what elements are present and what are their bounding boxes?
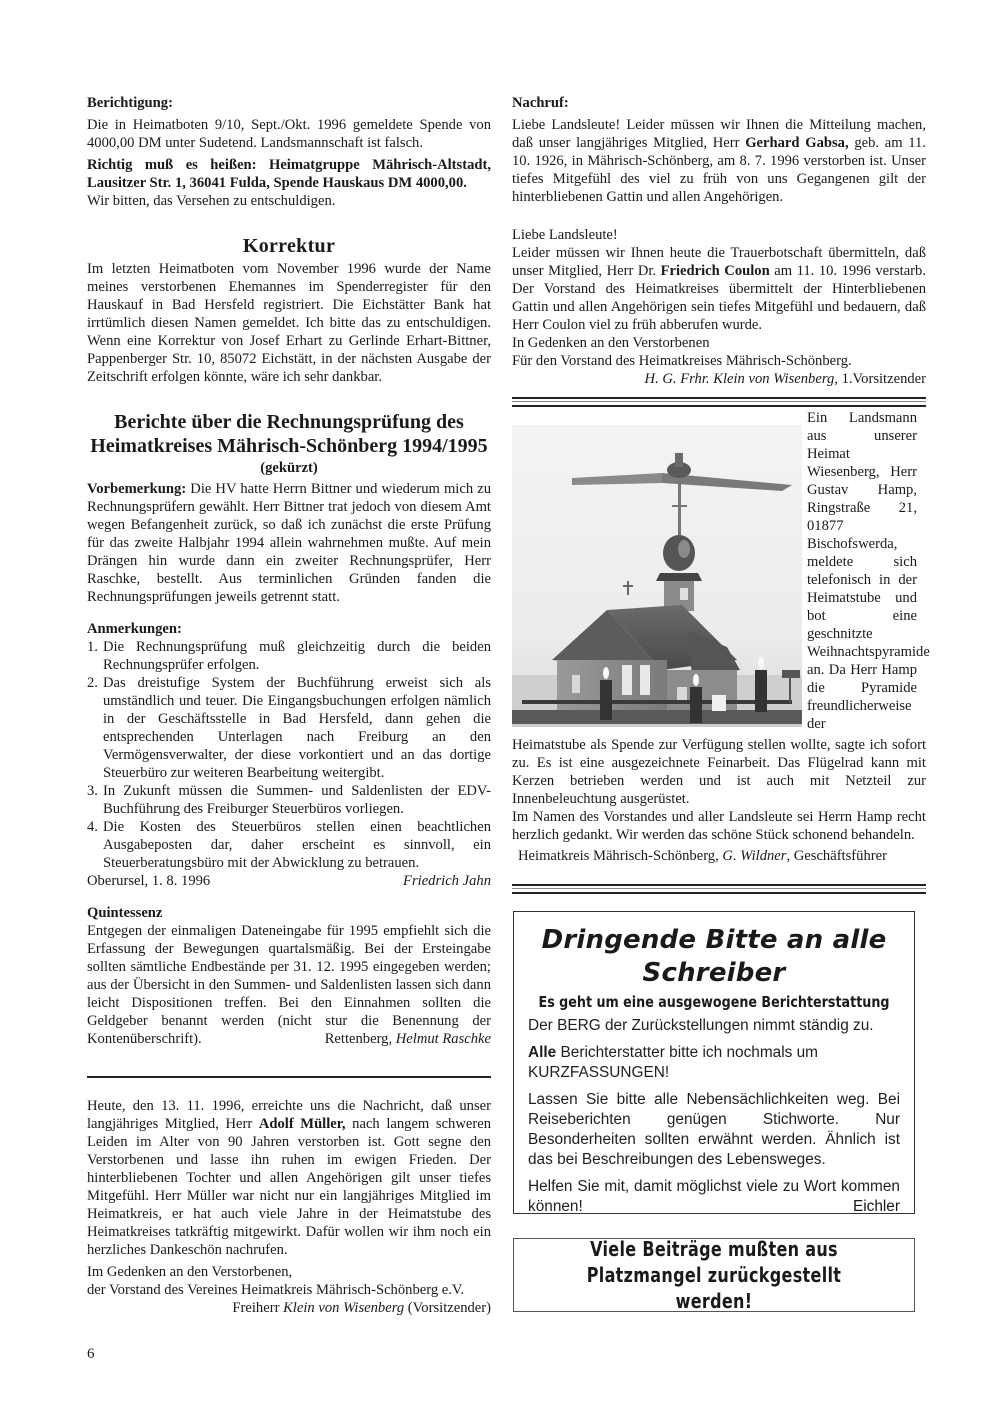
double-rule-divider [512, 884, 926, 894]
notice-box: Viele Beiträge mußten aus Platzmangel zu… [513, 1238, 915, 1312]
coulon-sig-suffix: , 1.Vorsitzender [834, 371, 926, 387]
pyramid-wrap-text: Ein Landsmann aus unserer Heimat Wiesenb… [807, 409, 917, 733]
anmerkung-number: 4. [87, 818, 103, 872]
vorbemerkung-label: Vorbemerkung: [87, 481, 186, 497]
appeal-p2-text: Berichterstatter bitte ich nochmals um K… [528, 1044, 818, 1081]
jahn-signature-row: Oberursel, 1. 8. 1996 Friedrich Jahn [87, 872, 491, 890]
anmerkung-text: In Zukunft müssen die Summen- und Salden… [103, 782, 491, 818]
mueller-closing1: Im Gedenken an den Verstorbenen, [87, 1263, 491, 1281]
anmerkung-text: Die Kosten des Steuerbüros stellen einen… [103, 818, 491, 872]
anmerkungen-label: Anmerkungen: [87, 620, 491, 638]
mueller-obituary: Heute, den 13. 11. 1996, erreichte uns d… [87, 1097, 491, 1317]
appeal-signature: Eichler [528, 1197, 900, 1217]
korrektur-section: Korrektur Im letzten Heimatboten vom Nov… [87, 234, 491, 386]
pyramid-photo [512, 425, 802, 727]
appeal-p3: Lassen Sie bitte alle Nebensächlichkeite… [528, 1090, 900, 1170]
anmerkung-item: 3.In Zukunft müssen die Summen- und Sald… [87, 782, 491, 818]
korrektur-text: Im letzten Heimatboten vom November 1996… [87, 260, 491, 386]
berichtigung-section: Berichtigung: Die in Heimatboten 9/10, S… [87, 94, 491, 210]
rechnungspruefung-title-line2: Heimatkreises Mährisch-Schönberg 1994/19… [87, 434, 491, 458]
berichtigung-text: Die in Heimatboten 9/10, Sept./Okt. 1996… [87, 116, 491, 152]
author-name: Friedrich Jahn [403, 872, 491, 890]
appeal-p2-bold: Alle [528, 1044, 556, 1061]
pyramid-thanks: Im Namen des Vorstandes und aller Landsl… [512, 808, 926, 844]
section-divider [87, 1076, 491, 1078]
coulon-text: Leider müssen wir Ihnen heute die Trauer… [512, 244, 926, 334]
appeal-p2: Alle Berichterstatter bitte ich nochmals… [528, 1043, 900, 1083]
berichtigung-label: Berichtigung: [87, 94, 491, 112]
coulon-sig-name: H. G. Frhr. Klein von Wisenberg [645, 371, 835, 387]
nachruf-name: Gerhard Gabsa, [745, 135, 848, 151]
raschke-place: Rettenberg, [325, 1031, 396, 1047]
pyramid-intro: Ein Landsmann aus unserer Heimat Wiesenb… [807, 409, 917, 733]
anmerkung-text: Das dreistufige System der Buchführung e… [103, 674, 491, 782]
appeal-title: Dringende Bitte an alle Schreiber [528, 924, 900, 990]
berichtigung-apology: Wir bitten, das Versehen zu entschuldige… [87, 192, 491, 210]
quintessenz-label: Quintessenz [87, 904, 491, 922]
anmerkung-item: 4.Die Kosten des Steuerbüros stellen ein… [87, 818, 491, 872]
mueller-closing2: der Vorstand des Vereines Heimatkreis Mä… [87, 1281, 491, 1299]
rechnungspruefung-subtitle: (gekürzt) [87, 458, 491, 478]
pyramid-sig-prefix: Heimatkreis Mährisch-Schönberg, [518, 848, 722, 864]
vorbemerkung-paragraph: Vorbemerkung: Die HV hatte Herrn Bittner… [87, 480, 491, 606]
coulon-obituary: Liebe Landsleute! Leider müssen wir Ihne… [512, 226, 926, 388]
anmerkung-text: Die Rechnungsprüfung muß gleichzeitig du… [103, 638, 491, 674]
mueller-text-b: nach langem schweren Leiden im Alter von… [87, 1116, 491, 1258]
mueller-name: Adolf Müller, [259, 1116, 346, 1132]
mueller-signature: Freiherr Klein von Wisenberg (Vorsitzend… [87, 1299, 491, 1317]
anmerkung-item: 1.Die Rechnungsprüfung muß gleichzeitig … [87, 638, 491, 674]
mueller-text: Heute, den 13. 11. 1996, erreichte uns d… [87, 1097, 491, 1259]
nachruf-section: Nachruf: Liebe Landsleute! Leider müssen… [512, 94, 926, 206]
anmerkungen-list: 1.Die Rechnungsprüfung muß gleichzeitig … [87, 638, 491, 872]
anmerkung-item: 2.Das dreistufige System der Buchführung… [87, 674, 491, 782]
church-pyramid-image [512, 425, 802, 727]
notice-text: Viele Beiträge mußten aus Platzmangel zu… [554, 1236, 874, 1314]
mueller-sig-suffix: (Vorsitzender) [404, 1300, 491, 1316]
double-rule-divider [512, 397, 926, 407]
appeal-box: Dringende Bitte an alle Schreiber Es geh… [513, 911, 915, 1214]
anmerkung-number: 2. [87, 674, 103, 782]
coulon-closing1: In Gedenken an den Verstorbenen [512, 334, 926, 352]
appeal-subtitle: Es geht um eine ausgewogene Berichtersta… [529, 992, 900, 1012]
anmerkung-number: 1. [87, 638, 103, 674]
mueller-sig-name: Klein von Wisenberg [283, 1300, 404, 1316]
nachruf-text: Liebe Landsleute! Leider müssen wir Ihne… [512, 116, 926, 206]
page-number: 6 [87, 1346, 95, 1363]
rechnungspruefung-section: Berichte über die Rechnungsprüfung des H… [87, 410, 491, 1048]
coulon-name: Friedrich Coulon [661, 263, 770, 279]
vorbemerkung-text: Die HV hatte Herrn Bittner und wiederum … [87, 481, 491, 605]
berichtigung-correction: Richtig muß es heißen: Heimatgruppe Mähr… [87, 156, 491, 192]
pyramid-article: Heimatstube als Spende zur Verfügung ste… [512, 736, 926, 865]
pyramid-text: Heimatstube als Spende zur Verfügung ste… [512, 736, 926, 808]
raschke-name: Helmut Raschke [396, 1031, 491, 1047]
pyramid-sig-name: G. Wildner [722, 848, 786, 864]
pyramid-signature: Heimatkreis Mährisch-Schönberg, G. Wildn… [512, 847, 926, 865]
coulon-closing2: Für den Vorstand des Heimatkreises Mähri… [512, 352, 926, 370]
nachruf-label: Nachruf: [512, 94, 926, 112]
place-date: Oberursel, 1. 8. 1996 [87, 872, 210, 890]
mueller-sig-prefix: Freiherr [232, 1300, 283, 1316]
korrektur-title: Korrektur [87, 234, 491, 258]
appeal-p1: Der BERG der Zurückstellungen nimmt stän… [528, 1016, 900, 1036]
pyramid-sig-suffix: , Geschäftsführer [786, 848, 887, 864]
coulon-greeting: Liebe Landsleute! [512, 226, 926, 244]
rechnungspruefung-title-line1: Berichte über die Rechnungsprüfung des [87, 410, 491, 434]
coulon-signature: H. G. Frhr. Klein von Wisenberg, 1.Vorsi… [512, 370, 926, 388]
anmerkung-number: 3. [87, 782, 103, 818]
